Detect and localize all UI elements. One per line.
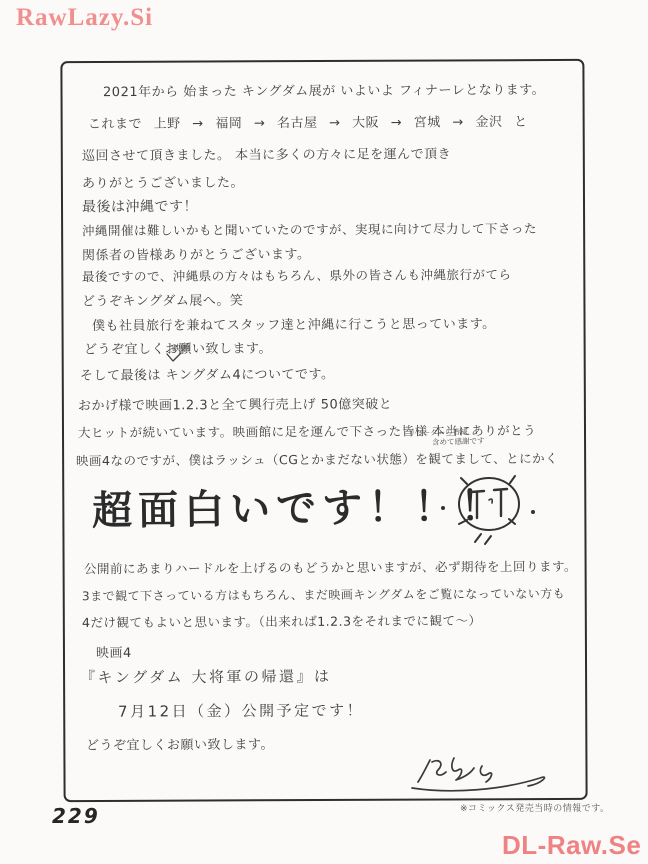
handwritten-line: ありがとうございました。	[82, 172, 244, 192]
circled-doodle-icon	[437, 468, 537, 550]
tiny-note-line: 含めて感謝です	[432, 435, 485, 448]
handwritten-line: どうぞ宜しくお願い致します。	[86, 734, 274, 754]
handwritten-line: 最後は沖縄です！	[82, 196, 198, 217]
footnote-text: ※コミックス発売当時の情報です。	[460, 801, 610, 814]
handwritten-line: 巡回させて頂きました。 本当に多くの方々に足を運んで頂き	[82, 143, 451, 164]
watermark-bottom: DL-Raw.Se	[502, 830, 641, 861]
handwritten-line: 僕も社員旅行を兼ねてスタッフ達と沖縄に行こうと思っています。	[92, 313, 496, 334]
handwritten-line: 映画4	[96, 642, 132, 661]
handwritten-line: これまで 上野 → 福岡 → 名古屋 → 大阪 → 宮城 → 金沢 と	[88, 111, 528, 132]
insertion-caret-icon	[166, 352, 182, 363]
author-signature	[402, 750, 572, 798]
page-number: 229	[52, 804, 100, 828]
handwritten-line: 公開前にあまりハードルを上げるのもどうかと思いますが、必ず期待を上回ります。	[84, 557, 577, 578]
handwritten-line: 映画4なのですが、僕はラッシュ（CGとかまだない状態）を観てまして、とにかく	[76, 449, 558, 470]
handwritten-line: 関係者の皆様ありがとうございます。	[82, 243, 311, 263]
handwritten-line: どうぞキングダム展へ。笑	[82, 290, 243, 310]
handwritten-line: 7月12日（金）公開予定です！	[118, 699, 364, 721]
handwritten-line: 3まで観て下さっている方はもちろん、まだ映画キングダムをご覧になっていない方も	[82, 585, 565, 605]
handwritten-line: 最後ですので、沖縄県の方々はもちろん、県外の皆さんも沖縄旅行がてら	[82, 265, 512, 285]
handwritten-line: 4だけ観てもよいと思います。（出来れば1.2.3をそれまでに観て〜）	[82, 611, 482, 631]
handwritten-line: 『キングダム 大将軍の帰還』は	[80, 665, 332, 687]
handwritten-line: 2021年から 始まった キングダム展が いよいよ フィナーレとなります。	[103, 79, 545, 100]
scanned-manga-page: RawLazy.Si 2021年から 始まった キングダム展が いよいよ フィナ…	[0, 0, 648, 864]
watermark-top: RawLazy.Si	[16, 4, 153, 32]
handwritten-line: 沖縄開催は難しいかもと聞いていたのですが、実現に向けて尽力して下さった	[82, 219, 537, 239]
handwritten-line: おかげ様で映画1.2.3と全て興行売上げ 50億突破と	[78, 393, 392, 414]
handwritten-line: そして最後は キングダム4についてです。	[80, 363, 335, 383]
